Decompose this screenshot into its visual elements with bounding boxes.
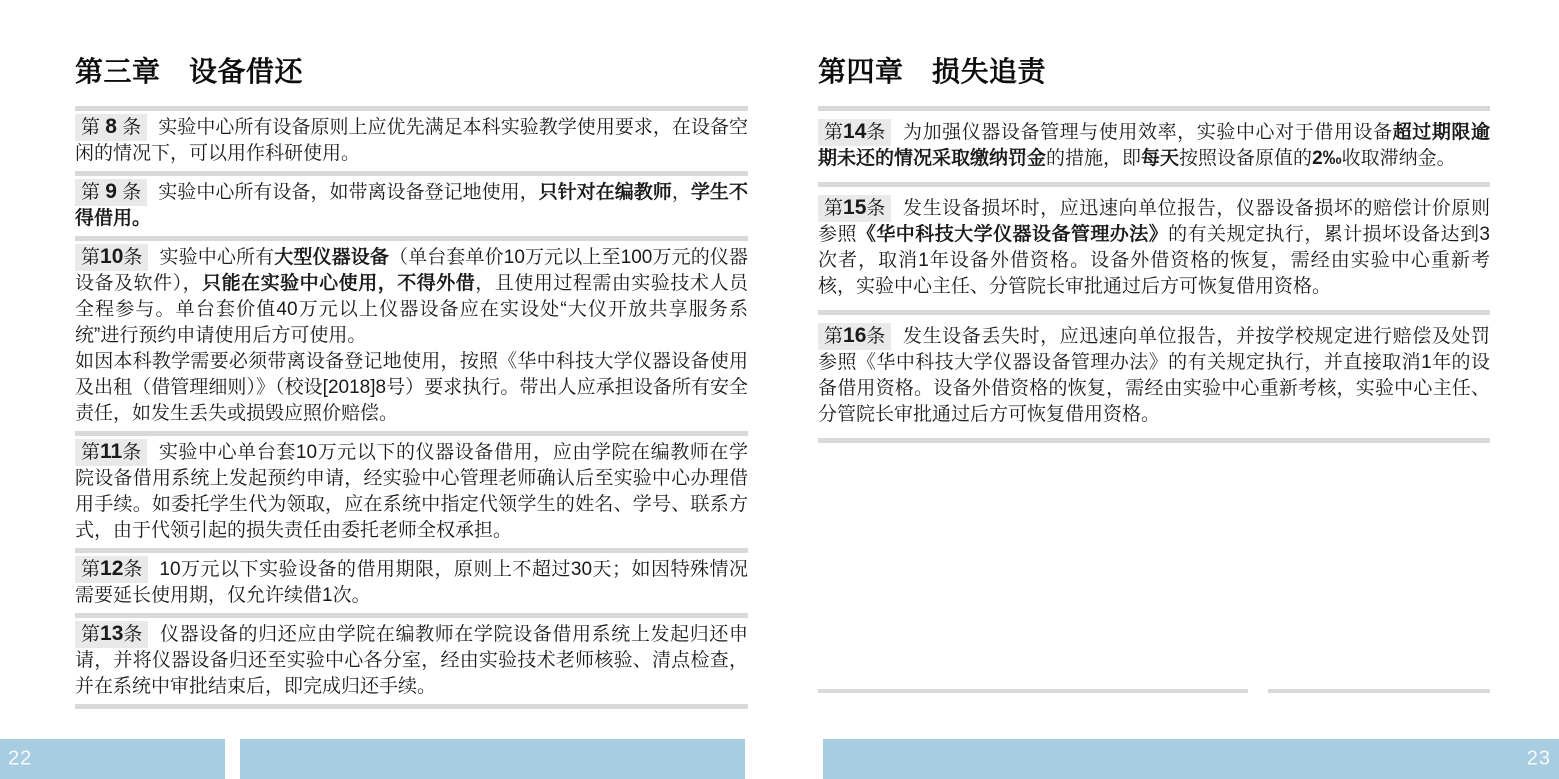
footer-rules <box>818 689 1490 693</box>
article-text-bold: 只针对在编教师 <box>539 182 672 203</box>
page-number-right: 23 <box>1527 748 1551 771</box>
article-text: 收取滞纳金。 <box>1342 148 1456 169</box>
article-number: 8 <box>105 115 117 138</box>
article-separator <box>75 704 748 709</box>
article-text-bold: 2‰ <box>1312 148 1342 169</box>
article-paragraph: 第10条实验中心所有大型仪器设备（单台套单价10万元以上至100万元的仪器设备及… <box>75 241 748 431</box>
article-text: 发生设备丢失时，应迅速向单位报告，并按学校规定进行赔偿及处罚参照《华中科技大学仪… <box>818 326 1490 425</box>
article-text: 10万元以下实验设备的借用期限，原则上不超过30天；如因特殊情况需要延长使用期，… <box>75 559 748 606</box>
article-number-suffix: 条 <box>866 326 885 347</box>
article-number-chip: 第16条 <box>818 323 891 350</box>
footer-rule-segment <box>818 689 1248 693</box>
article-number-chip: 第15条 <box>818 195 891 222</box>
article-separator <box>818 438 1490 443</box>
article-number-prefix: 第 <box>81 247 100 268</box>
article-number-chip: 第 8 条 <box>75 114 147 141</box>
article-paragraph: 第15条发生设备损坏时，应迅速向单位报告，仪器设备损坏的赔偿计价原则参照《华中科… <box>818 187 1490 310</box>
page-footer-bar-right: 23 <box>823 739 1559 779</box>
article-number: 12 <box>100 557 123 580</box>
article-number-chip: 第 9 条 <box>75 179 147 206</box>
article-number-suffix: 条 <box>866 122 885 143</box>
article-number-chip: 第14条 <box>818 119 891 146</box>
article-text-bold: 只能在实验中心使用，不得外借 <box>202 273 475 294</box>
right-page: 第四章 损失追责 第14条为加强仪器设备管理与使用效率，实验中心对于借用设备超过… <box>818 0 1490 693</box>
article-number-chip: 第13条 <box>75 621 148 648</box>
article-number-prefix: 第 <box>81 624 100 645</box>
article-text: 实验中心所有设备原则上应优先满足本科实验教学使用要求，在设备空闲的情况下，可以用… <box>75 117 748 164</box>
article-number-chip: 第11条 <box>75 439 147 466</box>
article-paragraph: 第12条10万元以下实验设备的借用期限，原则上不超过30天；如因特殊情况需要延长… <box>75 553 748 613</box>
article-number: 9 <box>105 180 117 203</box>
article-number-prefix: 第 <box>81 559 100 580</box>
article-text: ，且使用过程需由实验技术人员全程参与。单台套价值40万元以上仪器设备应在实设处“… <box>75 273 748 424</box>
article-number: 15 <box>843 196 866 219</box>
chapter-title-right: 第四章 损失追责 <box>818 54 1490 90</box>
article-number: 11 <box>100 440 122 463</box>
article-text: ， <box>672 182 691 203</box>
article-text-bold: 《华中科技大学仪器设备管理办法》 <box>857 224 1168 245</box>
article-number-chip: 第12条 <box>75 556 148 583</box>
article-number-prefix: 第 <box>81 182 105 203</box>
article-text: 实验中心所有 <box>159 247 274 268</box>
article-number: 16 <box>843 324 866 347</box>
article-paragraph: 第11条实验中心单台套10万元以下的仪器设备借用，应由学院在编教师在学院设备借用… <box>75 436 748 548</box>
article-number-prefix: 第 <box>81 442 100 463</box>
article-number: 13 <box>100 622 123 645</box>
article-text: 为加强仪器设备管理与使用效率，实验中心对于借用设备 <box>902 122 1392 143</box>
article-number-prefix: 第 <box>824 122 843 143</box>
article-number-prefix: 第 <box>824 198 843 219</box>
article-text-bold: 大型仪器设备 <box>274 247 389 268</box>
article-paragraph: 第13条仪器设备的归还应由学院在编教师在学院设备借用系统上发起归还申请，并将仪器… <box>75 618 748 704</box>
article-number-suffix: 条 <box>123 624 142 645</box>
article-number-chip: 第10条 <box>75 244 148 271</box>
article-number-prefix: 第 <box>81 117 105 138</box>
article-paragraph: 第 9 条实验中心所有设备，如带离设备登记地使用，只针对在编教师，学生不得借用。 <box>75 176 748 236</box>
article-number: 14 <box>843 120 866 143</box>
articles-right: 第14条为加强仪器设备管理与使用效率，实验中心对于借用设备超过期限逾期未还的情况… <box>818 106 1490 443</box>
chapter-title-left: 第三章 设备借还 <box>75 54 748 90</box>
article-number-suffix: 条 <box>122 442 141 463</box>
article-paragraph: 第16条发生设备丢失时，应迅速向单位报告，并按学校规定进行赔偿及处罚参照《华中科… <box>818 315 1490 438</box>
article-number: 10 <box>100 245 123 268</box>
page-number-left: 22 <box>8 748 32 771</box>
article-text: 仪器设备的归还应由学院在编教师在学院设备借用系统上发起归还申请，并将仪器设备归还… <box>75 624 748 697</box>
article-number-suffix: 条 <box>117 117 141 138</box>
left-page: 第三章 设备借还 第 8 条实验中心所有设备原则上应优先满足本科实验教学使用要求… <box>75 0 748 709</box>
article-number-suffix: 条 <box>866 198 885 219</box>
footer-rule-segment <box>1268 689 1490 693</box>
article-paragraph: 第 8 条实验中心所有设备原则上应优先满足本科实验教学使用要求，在设备空闲的情况… <box>75 111 748 171</box>
article-number-suffix: 条 <box>123 559 142 580</box>
article-number-suffix: 条 <box>117 182 141 203</box>
page-footer-bar-left-2 <box>240 739 745 779</box>
article-number-suffix: 条 <box>123 247 142 268</box>
article-number-prefix: 第 <box>824 326 843 347</box>
article-paragraph: 第14条为加强仪器设备管理与使用效率，实验中心对于借用设备超过期限逾期未还的情况… <box>818 111 1490 182</box>
article-text: 的措施，即 <box>1046 148 1141 169</box>
articles-left: 第 8 条实验中心所有设备原则上应优先满足本科实验教学使用要求，在设备空闲的情况… <box>75 106 748 709</box>
page-footer-bar-left-1: 22 <box>0 739 225 779</box>
article-text: 按照设备原值的 <box>1179 148 1312 169</box>
article-text: 实验中心所有设备，如带离设备登记地使用， <box>158 182 538 203</box>
article-text-bold: 每天 <box>1141 148 1179 169</box>
article-text: 实验中心单台套10万元以下的仪器设备借用，应由学院在编教师在学院设备借用系统上发… <box>75 442 748 541</box>
